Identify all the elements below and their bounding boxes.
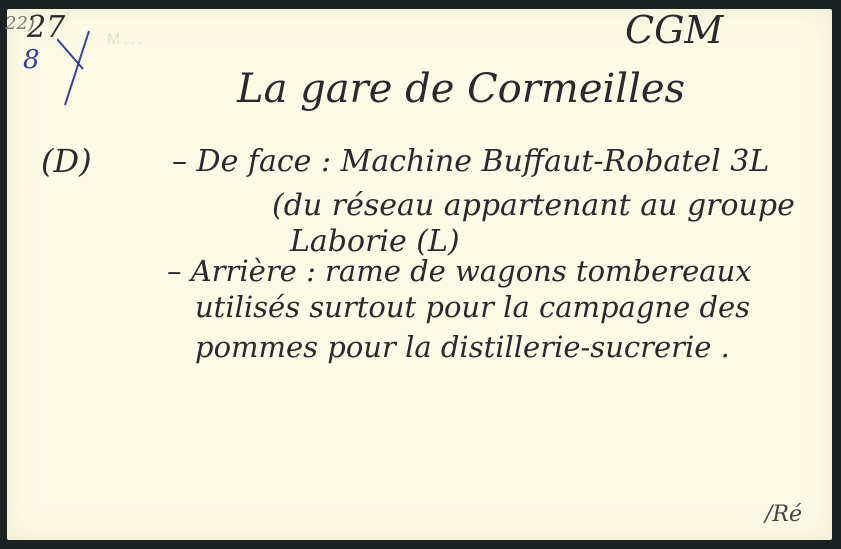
blue-slash-icon bbox=[57, 29, 97, 109]
line-6: pommes pour la distillerie-sucrerie . bbox=[195, 333, 730, 362]
blue-mark: 8 bbox=[23, 47, 40, 73]
line-3: Laborie (L) bbox=[290, 227, 460, 257]
line-5: utilisés surtout pour la campagne des bbox=[195, 293, 750, 322]
line-4: – Arrière : rame de wagons tombereaux bbox=[167, 257, 752, 286]
postcard-back: M... ... 22) 27 8 CGM La gare de Cormeil… bbox=[7, 9, 832, 540]
margin-mark: (D) bbox=[41, 145, 92, 177]
line-1: – De face : Machine Buffaut-Robatel 3L bbox=[172, 147, 769, 177]
collection-code: CGM bbox=[625, 11, 723, 49]
title: La gare de Cormeilles bbox=[237, 69, 685, 109]
initials: /Ré bbox=[765, 504, 802, 526]
faint-stamp-left: M... bbox=[107, 31, 146, 49]
line-2: (du réseau appartenant au groupe bbox=[272, 191, 795, 221]
